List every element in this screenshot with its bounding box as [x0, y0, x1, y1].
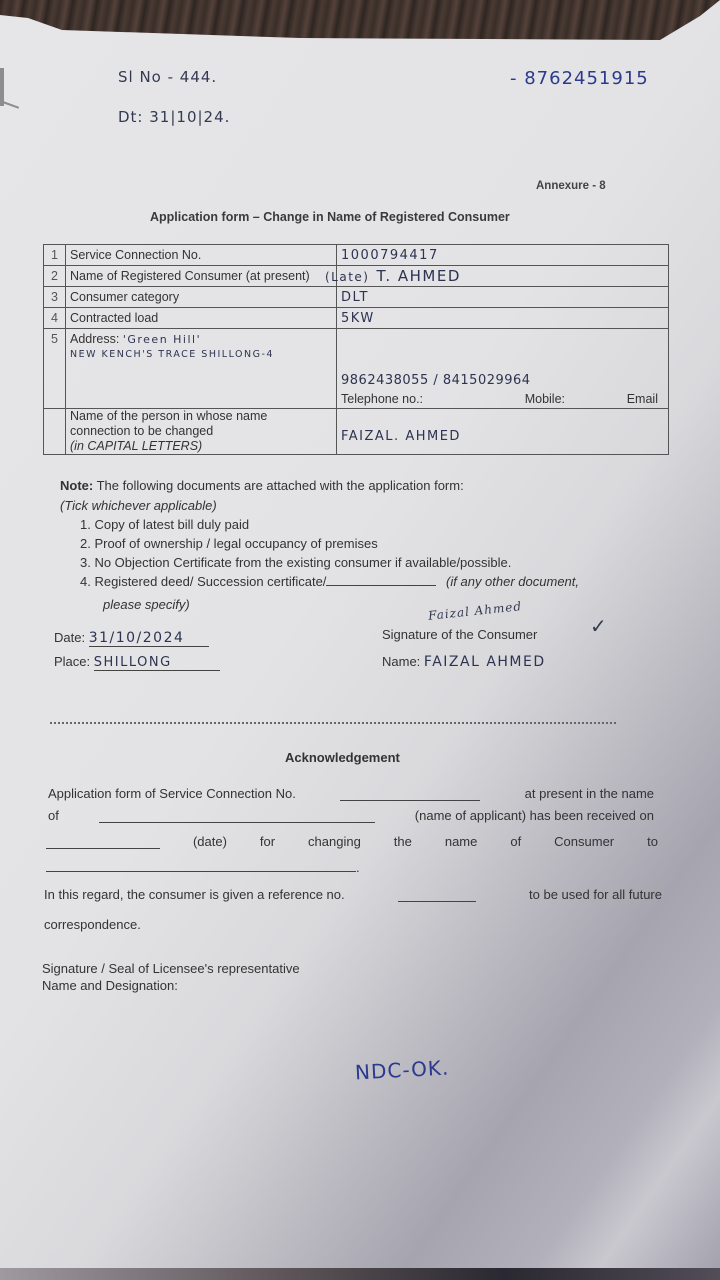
ack-line-4: . — [46, 860, 360, 875]
ack-line-6: correspondence. — [44, 917, 141, 932]
row-number: 1 — [44, 245, 66, 266]
row-number: 4 — [44, 308, 66, 329]
address-line1: 'Green Hill' — [123, 333, 201, 346]
document-item-3[interactable]: 3. No Objection Certificate from the exi… — [80, 555, 511, 570]
address-line2: NEW KENCH'S TRACE SHILLONG-4 — [70, 349, 274, 360]
check-mark-icon: ✓ — [590, 614, 608, 638]
ack-line-5: In this regard, the consumer is given a … — [44, 887, 662, 902]
mobile-label: Mobile: — [525, 392, 565, 406]
annexure-label: Annexure - 8 — [536, 180, 606, 192]
consumer-category-value[interactable]: DLT — [337, 287, 669, 308]
row-label: Service Connection No. — [66, 245, 337, 266]
application-form-table: 1 Service Connection No. 1000794417 2 Na… — [43, 244, 669, 455]
ack-line-2: of(name of applicant) has been received … — [48, 808, 654, 823]
row-number: 5 — [44, 329, 66, 409]
registered-consumer-value[interactable]: (Late) T. AHMED — [337, 266, 669, 287]
licensee-signature-label: Signature / Seal of Licensee's represent… — [42, 961, 300, 976]
ack-line-3: (date)forchangingthenameofConsumerto — [46, 834, 658, 849]
service-connection-blank[interactable] — [340, 786, 480, 801]
telephone-label: Telephone no.: — [341, 392, 423, 406]
new-name-value[interactable]: FAIZAL. AHMED — [337, 409, 669, 455]
date-field[interactable]: Date: 31/10/2024 — [54, 630, 209, 647]
table-row: 4 Contracted load 5KW — [44, 308, 669, 329]
address-cell[interactable]: Address: 'Green Hill' NEW KENCH'S TRACE … — [66, 329, 337, 409]
tick-instruction: (Tick whichever applicable) — [60, 498, 217, 513]
note-line: Note: The following documents are attach… — [60, 478, 464, 493]
phone-numbers: 9862438055 / 8415029964 — [341, 373, 664, 388]
table-row: 1 Service Connection No. 1000794417 — [44, 245, 669, 266]
serial-number-note: Sl No - 444. — [118, 68, 217, 86]
row-label: Contracted load — [66, 308, 337, 329]
contact-cell[interactable]: 9862438055 / 8415029964 Telephone no.: M… — [337, 329, 669, 409]
service-connection-value[interactable]: 1000794417 — [337, 245, 669, 266]
email-label: Email — [627, 392, 658, 406]
row-number — [44, 409, 66, 455]
cut-line-divider — [50, 722, 616, 724]
address-label: Address: — [70, 332, 119, 346]
table-row-new-name: Name of the person in whose name connect… — [44, 409, 669, 455]
received-date-blank[interactable] — [46, 834, 160, 849]
new-consumer-name-blank[interactable] — [46, 871, 356, 872]
page-bottom-edge — [0, 1268, 720, 1280]
row-number: 2 — [44, 266, 66, 287]
consumer-name-field[interactable]: Name: FAIZAL AHMED — [382, 654, 546, 670]
reference-no-blank[interactable] — [398, 887, 476, 902]
designation-label: Name and Designation: — [42, 978, 178, 993]
acknowledgement-title: Acknowledgement — [285, 750, 400, 765]
document-item-4[interactable]: 4. Registered deed/ Succession certifica… — [80, 574, 579, 589]
contracted-load-value[interactable]: 5KW — [337, 308, 669, 329]
document-item-2[interactable]: 2. Proof of ownership / legal occupancy … — [80, 536, 378, 551]
applicant-name-blank[interactable] — [99, 808, 375, 823]
place-field[interactable]: Place: SHILLONG — [54, 654, 220, 671]
row-label: Consumer category — [66, 287, 337, 308]
row-number: 3 — [44, 287, 66, 308]
signature-label: Signature of the Consumer — [382, 627, 537, 642]
table-row-address: 5 Address: 'Green Hill' NEW KENCH'S TRAC… — [44, 329, 669, 409]
form-title: Application form – Change in Name of Reg… — [150, 210, 510, 224]
date-note: Dt: 31|10|24. — [118, 108, 230, 126]
document-item-4-specify: please specify) — [103, 597, 190, 612]
late-prefix: (Late) — [325, 270, 370, 284]
document-item-1[interactable]: 1. Copy of latest bill duly paid — [80, 517, 249, 532]
phone-note: - 8762451915 — [510, 68, 649, 89]
ndc-ok-note: NDC-OK. — [354, 1056, 449, 1085]
new-name-label: Name of the person in whose name connect… — [66, 409, 337, 455]
table-row: 3 Consumer category DLT — [44, 287, 669, 308]
row-label: Name of Registered Consumer (at present) — [66, 266, 337, 287]
table-row: 2 Name of Registered Consumer (at presen… — [44, 266, 669, 287]
ack-line-1: Application form of Service Connection N… — [48, 786, 654, 801]
